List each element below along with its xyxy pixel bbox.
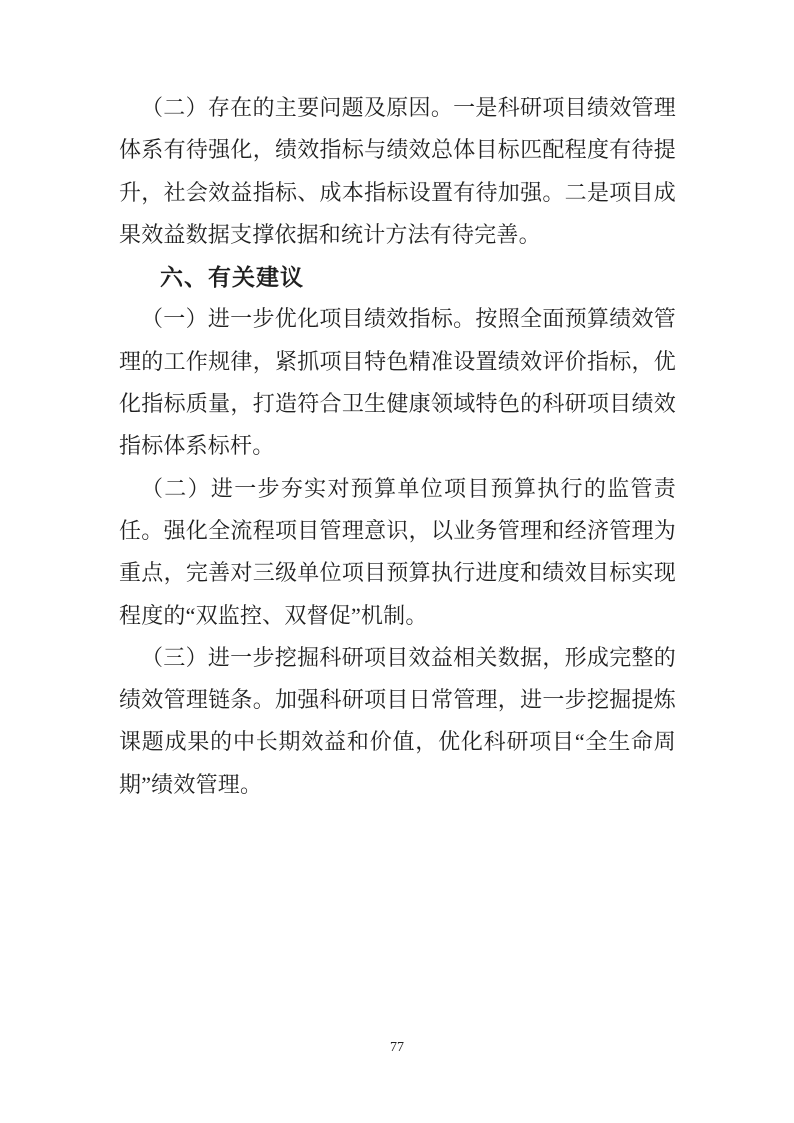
page-number: 77 xyxy=(0,1039,794,1057)
paragraph-suggestion-2: （二）进一步夯实对预算单位项目预算执行的监管责任。强化全流程项目管理意识，以业务… xyxy=(119,468,676,637)
paragraph-problems-and-causes: （二）存在的主要问题及原因。一是科研项目绩效管理体系有待强化，绩效指标与绩效总体… xyxy=(119,87,676,256)
paragraph-suggestion-1: （一）进一步优化项目绩效指标。按照全面预算绩效管理的工作规律，紧抓项目特色精准设… xyxy=(119,298,676,467)
document-body: （二）存在的主要问题及原因。一是科研项目绩效管理体系有待强化，绩效指标与绩效总体… xyxy=(119,87,676,806)
document-page: （二）存在的主要问题及原因。一是科研项目绩效管理体系有待强化，绩效指标与绩效总体… xyxy=(0,0,794,1123)
paragraph-suggestion-3: （三）进一步挖掘科研项目效益相关数据，形成完整的绩效管理链条。加强科研项目日常管… xyxy=(119,637,676,806)
section-heading-suggestions: 六、有关建议 xyxy=(119,256,676,298)
